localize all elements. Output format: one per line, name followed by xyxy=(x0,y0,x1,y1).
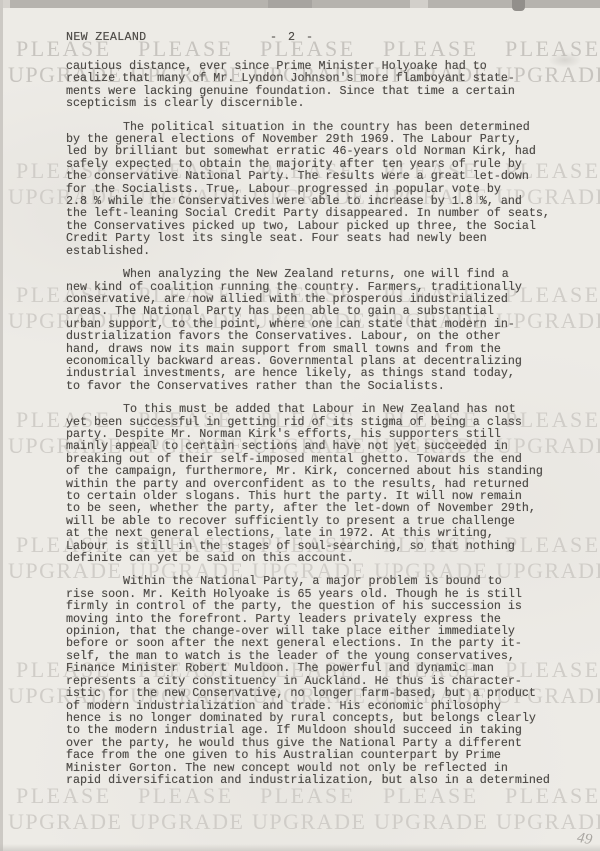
pencil-smudge xyxy=(543,50,587,70)
document-page: PLEASEPLEASEPLEASEPLEASEPLEASEUPGRADEUPG… xyxy=(0,0,600,851)
document-header: NEW ZEALAND - 2 - xyxy=(66,31,566,44)
scan-edge-bottom xyxy=(0,844,600,851)
document-body: cautious distance, ever since Prime Mini… xyxy=(66,60,586,786)
scan-edge-dark-patch xyxy=(268,0,312,8)
paragraph: To this must be added that Labour in New… xyxy=(66,403,586,564)
paragraph: cautious distance, ever since Prime Mini… xyxy=(66,60,586,110)
paragraph: Within the National Party, a major probl… xyxy=(66,575,586,786)
document-title: NEW ZEALAND xyxy=(66,30,146,44)
text-layer: NEW ZEALAND - 2 - cautious distance, eve… xyxy=(0,0,600,851)
scan-edge-light-notch xyxy=(410,0,428,8)
paragraph: The political situation in the country h… xyxy=(66,121,586,257)
scan-edge-left xyxy=(0,0,3,851)
page-number: - 2 - xyxy=(270,31,315,43)
paragraph: When analyzing the New Zealand returns, … xyxy=(66,268,586,392)
scan-edge-blob xyxy=(512,0,525,11)
